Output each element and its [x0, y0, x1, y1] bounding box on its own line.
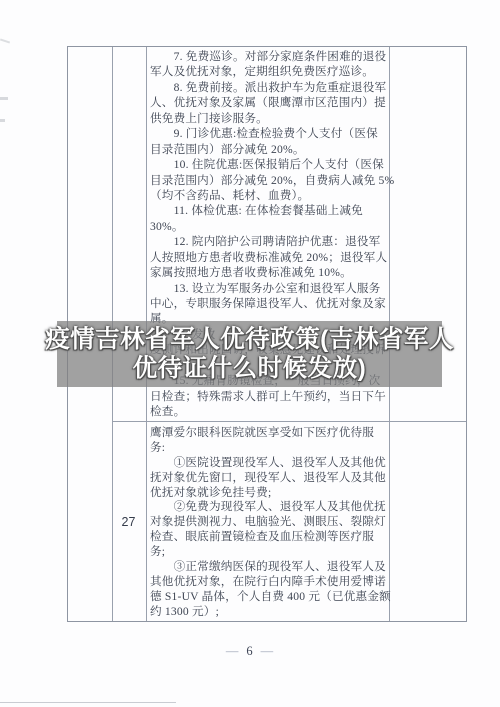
document-text-line: 12. 院内陪护公司聘请陪护优惠：退役军	[150, 234, 386, 249]
document-text-line: 检查。	[150, 404, 386, 419]
page-number-dash-left: —	[226, 644, 240, 658]
document-text-line: 10. 住院优惠:医保报销后个人支付（医保	[150, 157, 386, 172]
document-text-line: 13. 设立为军服务办公室和退役军人服务	[150, 281, 386, 296]
document-text-line: 8. 免费前接。派出救护车为危重症退役军	[150, 80, 386, 95]
document-text-line: 人按照地方患者收费标准减免 20%；退役军人	[150, 250, 386, 265]
scanned-document-page: 27 7. 免费巡诊。对部分家庭条件困难的退役军人及优抚对象，定期组织免费医疗巡…	[0, 0, 500, 707]
document-text-line: （均不含药品、耗材、血费）。	[150, 188, 386, 203]
document-text-line: 务:	[150, 441, 386, 456]
page-number: —6—	[0, 644, 500, 659]
scan-smudge	[0, 119, 5, 122]
document-text-line: 约 1300 元）;	[150, 605, 386, 620]
document-text-line: 人、优抚对象及家属（限鹰潭市区范围内）提	[150, 95, 386, 110]
table-row-number: 27	[112, 515, 145, 529]
document-text-line: ①医院设置现役军人、退役军人及其他优	[150, 456, 386, 471]
document-text-line: ③正常缴纳医保的现役军人、退役军人及	[150, 560, 386, 575]
document-text-line: 30%。	[150, 219, 386, 234]
document-text-line: 7. 免费巡诊。对部分家庭条件困难的退役	[150, 49, 386, 64]
scan-smudge	[0, 39, 10, 44]
document-text-line: 9. 门诊优惠:检查检验费个人支付（医保	[150, 126, 386, 141]
document-text-line: 军人及优抚对象，定期组织免费医疗巡诊。	[150, 64, 386, 79]
page-number-dash-right: —	[261, 644, 275, 658]
document-text-line: 检查、眼底前置镜检查及血压检测等医疗服	[150, 530, 386, 545]
table-cell-medical-benefits-row2: 鹰潭爱尔眼科医院就医享受如下医疗优待服务: ①医院设置现役军人、退役军人及其他优…	[150, 426, 386, 620]
document-text-line: 目录范围内）部分减免 20%。	[150, 142, 386, 157]
table-row-divider	[112, 421, 466, 422]
document-text-line: 11. 体检优惠: 在体检套餐基础上减免	[150, 203, 386, 218]
document-text-line: 供免费上门接诊服务。	[150, 111, 386, 126]
document-text-line: 抚对象优先窗口，现役军人、退役军人及其他	[150, 471, 386, 486]
document-text-line: 中心，专职服务保障退役军人、优抚对象及家	[150, 296, 386, 311]
document-text-line: 其他优抚对象，在院行白内障手术使用爱博诺	[150, 575, 386, 590]
scan-edge-line	[0, 702, 176, 703]
overlay-title-line2: 优待证什么时候发放)	[133, 354, 367, 384]
document-text-line: ②免费为现役军人、退役军人及其他优抚	[150, 500, 386, 515]
scan-smudge	[0, 97, 8, 100]
document-text-line: 家属按照地方患者收费标准减免 10%。	[150, 265, 386, 280]
document-text-line: 务;	[150, 545, 386, 560]
document-text-line: 鹰潭爱尔眼科医院就医享受如下医疗优待服	[150, 426, 386, 441]
page-number-value: 6	[239, 644, 260, 658]
overlay-title-line1: 疫情吉林省军人优待政策(吉林省军人	[45, 325, 454, 355]
document-text-line: 优抚对象就诊免挂号费;	[150, 486, 386, 501]
document-text-line: 对象提供测视力、电脑验光、测眼压、裂隙灯	[150, 515, 386, 530]
document-text-line: 目录范围内）部分减免 20%，自费病人减免 5%	[150, 173, 386, 188]
document-text-line: 日检查；特殊需求人群可上午预约，当日下午	[150, 389, 386, 404]
title-overlay-band: 疫情吉林省军人优待政策(吉林省军人 优待证什么时候发放)	[57, 321, 442, 387]
document-text-line: 德 S1-UV 晶体，个人自费 400 元（已优惠金额	[150, 590, 386, 605]
